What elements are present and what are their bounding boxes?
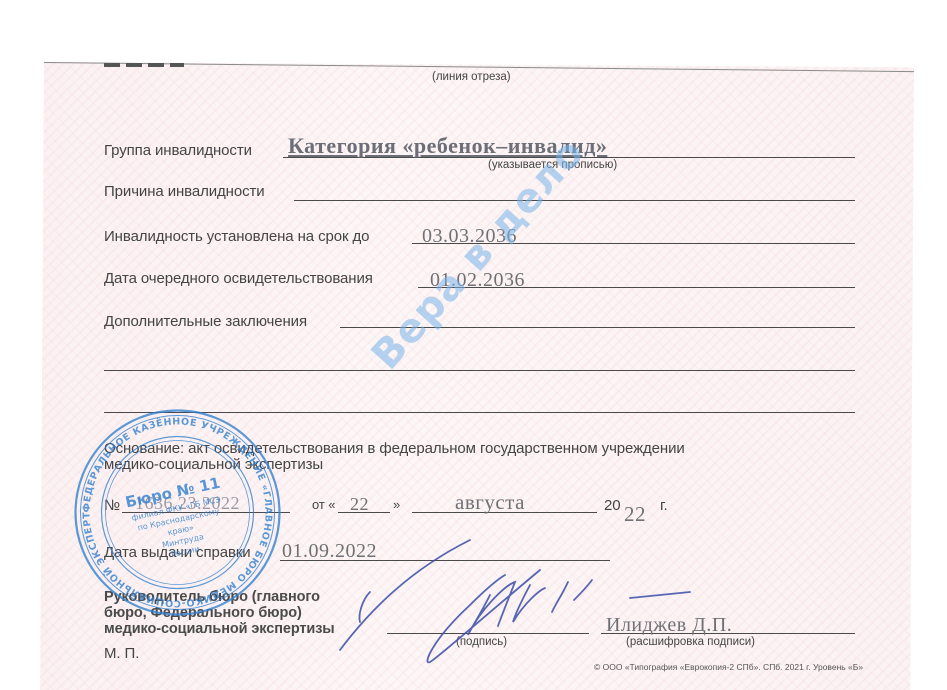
head-label-line2: бюро, Федерального бюро)	[104, 605, 302, 622]
cut-line-label: (линия отреза)	[432, 71, 511, 83]
seal-place-label: М. П.	[104, 645, 139, 662]
act-day-close-quote: »	[393, 497, 400, 512]
act-year-prefix: 20	[604, 497, 621, 514]
basis-text-line2: медико-социальной экспертизы	[104, 456, 323, 473]
disability-cause-label: Причина инвалидности	[104, 183, 265, 200]
additional-conclusions-label: Дополнительные заключения	[104, 313, 307, 330]
act-number-prefix: №	[104, 497, 120, 514]
act-date-from-label: от «	[312, 497, 335, 512]
act-year-label: г.	[660, 497, 668, 514]
act-number-value: 1636.23.2022	[135, 493, 240, 514]
act-day-value: 22	[350, 494, 369, 515]
additional-conclusions-line-3	[104, 412, 855, 413]
head-name-value: Илиджев Д.П.	[606, 614, 732, 637]
additional-conclusions-line-2	[104, 370, 855, 371]
head-label-line3: медико-социальной экспертизы	[104, 621, 335, 638]
signature-line	[387, 633, 589, 634]
next-examination-label: Дата очередного освидетельствования	[104, 270, 373, 287]
head-label-line1: Руководитель бюро (главного	[104, 589, 320, 606]
issue-date-value: 01.09.2022	[282, 540, 377, 563]
printer-note: © ООО «Типография «Еврокопия-2 СПб». СПб…	[594, 662, 863, 672]
valid-until-label: Инвалидность установлена на срок до	[104, 228, 369, 245]
act-month-value: августа	[455, 490, 525, 515]
act-year-value: 22	[624, 502, 646, 527]
disability-group-label: Группа инвалидности	[104, 142, 252, 159]
basis-text-line1: Основание: акт освидетельствования в фед…	[104, 440, 685, 457]
name-hint: (расшифровка подписи)	[626, 636, 755, 648]
disability-cause-line	[294, 200, 855, 201]
cut-dash-marks	[104, 63, 184, 67]
signature-hint: (подпись)	[456, 636, 507, 648]
issue-date-label: Дата выдачи справки	[104, 544, 251, 561]
